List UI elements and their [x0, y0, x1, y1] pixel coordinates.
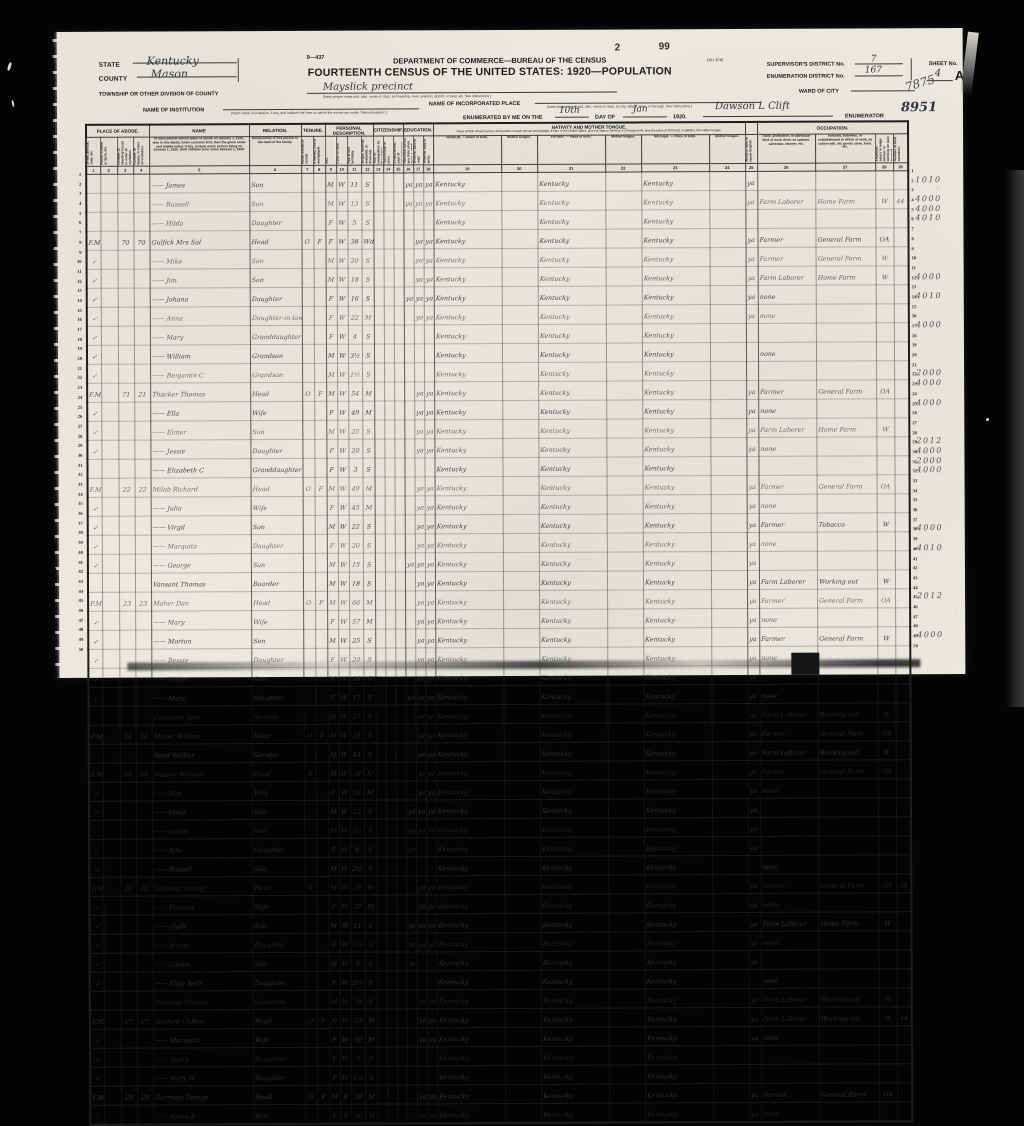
- handwritten-entry: M: [329, 562, 336, 569]
- cell-dn: [119, 630, 135, 649]
- handwritten-entry: ya: [427, 694, 435, 701]
- cell-nm: —— James: [149, 174, 249, 193]
- cell-hn: [102, 478, 119, 497]
- handwritten-entry: ya: [425, 257, 433, 264]
- cell-ind: [817, 551, 877, 570]
- cell-ag: 3: [348, 458, 362, 477]
- cell-yn: [394, 344, 404, 363]
- handwritten-entry: ya: [426, 447, 434, 454]
- line-number-right: 452012: [911, 593, 959, 603]
- cell-wr: [424, 325, 434, 344]
- handwritten-entry: ya: [426, 542, 434, 549]
- cell-fb: Kentucky: [539, 457, 607, 476]
- line-number-left: 34: [72, 491, 85, 501]
- cell-na: [384, 306, 394, 325]
- handwritten-entry: ya: [416, 618, 424, 625]
- cell-sx: F: [326, 325, 337, 344]
- cell-en: ya: [746, 304, 758, 323]
- cell-cl: W: [338, 610, 349, 629]
- handwritten-entry: W: [881, 255, 888, 262]
- cell-nm: Maher Dan: [151, 592, 251, 611]
- handwritten-entry: F: [318, 486, 323, 493]
- cell-em: [875, 171, 893, 190]
- cell-fn: [135, 554, 151, 573]
- handwritten-entry: none: [760, 446, 776, 453]
- handwritten-entry: ✓: [92, 563, 98, 570]
- cell-mb: Kentucky: [642, 362, 710, 381]
- cell-hn: [102, 573, 119, 592]
- cell-ft: [607, 552, 643, 571]
- cell-na: [385, 515, 395, 534]
- cell-ms: S: [362, 344, 374, 363]
- cell-mg: [314, 287, 326, 306]
- handwritten-entry: W: [339, 391, 346, 398]
- cell-mt: [710, 228, 746, 247]
- cell-ind: [816, 304, 876, 323]
- handwritten-entry: Kentucky: [436, 504, 466, 511]
- cell-pt: [502, 229, 538, 248]
- line-number-right: 324000: [911, 467, 959, 477]
- cell-mt: [710, 285, 746, 304]
- cell-rd: ya: [414, 306, 424, 325]
- cell-fn: [134, 459, 150, 478]
- cell-na: [385, 534, 395, 553]
- cell-fb: Kentucky: [537, 191, 605, 210]
- handwritten-entry: ya: [415, 276, 423, 283]
- cell-pt: [502, 438, 538, 457]
- cell-mb: Kentucky: [643, 628, 711, 647]
- handwritten-entry: F: [319, 600, 324, 607]
- cell-en: ya: [745, 190, 757, 209]
- line-number-right: 26: [910, 409, 958, 419]
- cell-sx: M: [326, 363, 337, 382]
- occupation-code: 4010: [917, 543, 943, 552]
- cell-rd: ya: [415, 686, 425, 705]
- cell-fn: [135, 516, 151, 535]
- handwritten-entry: Kentucky: [539, 257, 569, 264]
- cell-ag: 1½: [348, 363, 362, 382]
- cell-rel: Daughter: [250, 439, 302, 458]
- line-number-left: 18: [71, 336, 84, 346]
- handwritten-entry: Kentucky: [539, 238, 569, 245]
- cell-mb: Kentucky: [643, 514, 711, 533]
- handwritten-entry: 23: [123, 601, 131, 608]
- handwritten-entry: Son: [251, 201, 264, 208]
- line-number-right: 36: [911, 506, 959, 516]
- cell-oc: [759, 551, 817, 570]
- cell-nm: —— Mary: [151, 611, 251, 630]
- occupation-code: 4000: [916, 320, 942, 329]
- cell-ms: S: [362, 363, 374, 382]
- line-number-left: 43: [72, 578, 85, 588]
- handwritten-entry: —— Johana: [151, 296, 188, 303]
- handwritten-entry: Kentucky: [435, 257, 465, 264]
- institution-note: [Insert name of institution, if any, and…: [231, 111, 387, 116]
- cell-mt: [709, 171, 745, 190]
- handwritten-entry: ya: [749, 503, 757, 510]
- column-number: 13: [373, 165, 383, 173]
- cell-ft: [605, 172, 641, 191]
- cell-yi: [374, 268, 384, 287]
- line-number-right: 64010: [909, 215, 957, 225]
- column-number: 27: [815, 163, 875, 171]
- handwritten-entry: Kentucky: [643, 370, 673, 377]
- handwritten-entry: S: [365, 201, 370, 208]
- cell-cl: W: [337, 268, 348, 287]
- cell-yn: [394, 363, 404, 382]
- line-number-right: 8: [909, 235, 957, 245]
- handwritten-entry: ya: [748, 313, 756, 320]
- handwritten-entry: —— Julia: [152, 505, 181, 512]
- cell-mt: [710, 247, 746, 266]
- cell-mg: [315, 629, 327, 648]
- cell-wr: [424, 363, 434, 382]
- handwritten-entry: F: [329, 334, 334, 341]
- cell-en: ya: [748, 703, 760, 707]
- cell-pb: Kentucky: [434, 363, 502, 382]
- line-number-left: 17: [71, 326, 84, 336]
- handwritten-entry: Kentucky: [643, 294, 673, 301]
- line-number-left: 23: [71, 384, 84, 394]
- cell-as: [404, 420, 414, 439]
- handwritten-entry: ya: [748, 256, 756, 263]
- cell-cl: W: [337, 306, 348, 325]
- handwritten-entry: Maher Dan: [152, 600, 188, 607]
- cell-yn: [395, 667, 405, 686]
- handwritten-entry: 38: [350, 239, 358, 246]
- handwritten-entry: 20: [351, 448, 359, 455]
- cell-na: [385, 553, 395, 572]
- handwritten-entry: Kentucky: [435, 200, 465, 207]
- cell-cl: W: [338, 477, 349, 496]
- handwritten-entry: W: [339, 334, 346, 341]
- left-line-numbers: 1234567891011121314151617181920212223242…: [70, 171, 85, 655]
- cell-ho: [302, 363, 314, 382]
- cell-ag: 13: [347, 192, 361, 211]
- cell-st: ✓: [87, 345, 101, 364]
- cell-ind: [817, 532, 877, 551]
- cell-en: [746, 342, 758, 361]
- line-number-left: 39: [72, 539, 85, 549]
- handwritten-entry: Kentucky: [643, 256, 673, 263]
- line-number-right: 384000: [911, 525, 959, 535]
- handwritten-entry: Daughter: [252, 543, 283, 550]
- cell-fb: Kentucky: [539, 514, 607, 533]
- cell-fn: [134, 440, 150, 459]
- cell-st: ✓: [87, 440, 101, 459]
- cell-dn: [119, 687, 135, 706]
- cell-fs: [896, 703, 911, 707]
- handwritten-entry: W: [339, 410, 346, 417]
- cell-rd: ya: [414, 268, 424, 287]
- cell-yn: [394, 401, 404, 420]
- handwritten-entry: 70: [121, 240, 129, 247]
- cell-ho: [303, 667, 315, 686]
- line-number-left: 41: [72, 558, 85, 568]
- cell-sx: M: [327, 591, 338, 610]
- cell-pt: [502, 343, 538, 362]
- cell-rd: ya: [415, 572, 425, 591]
- cell-cl: W: [337, 382, 348, 401]
- handwritten-entry: M: [365, 391, 372, 398]
- cell-sx: F: [326, 401, 337, 420]
- handwritten-entry: ya: [415, 314, 423, 321]
- cell-mb: Kentucky: [643, 571, 711, 590]
- line-number-left: 36: [72, 510, 85, 520]
- incorporated-place-label: NAME OF INCORPORATED PLACE: [429, 101, 520, 107]
- handwritten-entry: ya: [405, 200, 413, 207]
- cell-as: [405, 572, 415, 591]
- cell-dn: [118, 421, 134, 440]
- cell-oc: none: [758, 285, 816, 304]
- cell-as: [405, 515, 415, 534]
- cell-st: ✓: [88, 535, 102, 554]
- cell-na: [384, 230, 394, 249]
- column-group: CITIZENSHIP.: [373, 123, 403, 136]
- handwritten-entry: Son: [252, 524, 265, 531]
- cell-fb: Kentucky: [538, 267, 606, 286]
- cell-hn: [102, 592, 119, 611]
- handwritten-entry: F.M.: [89, 487, 101, 494]
- handwritten-entry: OA: [881, 483, 891, 490]
- cell-yn: [395, 610, 405, 629]
- handwritten-entry: ya: [416, 409, 424, 416]
- cell-fs: [894, 228, 909, 247]
- cell-en: [746, 361, 758, 380]
- cell-fn: [133, 193, 149, 212]
- column-label: Age at last birthday.: [347, 136, 361, 165]
- line-number-left: 27: [71, 423, 84, 433]
- handwritten-entry: Kentucky: [435, 181, 465, 188]
- handwritten-entry: M: [327, 182, 334, 189]
- handwritten-entry: 1½: [350, 372, 361, 379]
- handwritten-entry: W: [340, 581, 347, 588]
- cell-fn: [135, 611, 151, 630]
- handwritten-entry: ya: [416, 428, 424, 435]
- handwritten-entry: —— Morton: [153, 638, 192, 645]
- cell-mg: [314, 420, 326, 439]
- line-number-right: 9: [910, 245, 958, 255]
- handwritten-entry: —— James: [151, 182, 185, 189]
- cell-en: [747, 456, 759, 475]
- handwritten-entry: F: [331, 695, 336, 702]
- cell-st: ✓: [88, 611, 102, 630]
- cell-mb: Kentucky: [643, 457, 711, 476]
- cell-em: OA: [876, 380, 894, 399]
- handwritten-entry: F: [329, 296, 334, 303]
- handwritten-entry: ✓: [91, 354, 97, 361]
- handwritten-entry: Kentucky: [541, 637, 571, 644]
- cell-nm: —— Jim: [150, 269, 250, 288]
- cell-pt: [501, 210, 537, 229]
- handwritten-entry: 49: [351, 486, 359, 493]
- cell-sx: M: [326, 382, 337, 401]
- cell-as: [404, 439, 414, 458]
- handwritten-entry: Kentucky: [436, 409, 466, 416]
- cell-nm: —— George: [151, 554, 251, 573]
- cell-pb: Kentucky: [435, 667, 503, 686]
- cell-en: ya: [748, 684, 760, 703]
- cell-fn: 22: [135, 478, 151, 497]
- handwritten-entry: Kentucky: [645, 674, 675, 681]
- handwritten-entry: Kentucky: [539, 390, 569, 397]
- cell-oc: Farm Laborer: [757, 190, 815, 209]
- cell-rd: [415, 458, 425, 477]
- handwritten-entry: Kentucky: [435, 295, 465, 302]
- cell-ind: Working out: [818, 703, 878, 707]
- handwritten-entry: ya: [425, 181, 433, 188]
- cell-dn: [118, 402, 134, 421]
- handwritten-entry: S: [365, 296, 370, 303]
- handwritten-entry: Kentucky: [436, 580, 466, 587]
- handwritten-entry: —— Ella: [152, 410, 179, 417]
- cell-ind: General Farm: [816, 247, 876, 266]
- cell-ft: [606, 419, 642, 438]
- handwritten-entry: ya: [407, 694, 415, 701]
- handwritten-entry: Kentucky: [435, 371, 465, 378]
- handwritten-entry: Kentucky: [436, 599, 466, 606]
- handwritten-entry: ✓: [92, 449, 98, 456]
- line-number-left: 31: [71, 461, 84, 471]
- cell-fn: [135, 687, 151, 706]
- cell-yn: [393, 211, 403, 230]
- cell-ind: General Farm: [816, 228, 876, 247]
- handwritten-entry: M: [366, 619, 373, 626]
- cell-na: [384, 382, 394, 401]
- cell-en: ya: [747, 475, 759, 494]
- cell-pt: [503, 609, 539, 628]
- handwritten-entry: S: [366, 334, 371, 341]
- column-number: 1: [86, 166, 100, 174]
- cell-pt: [503, 457, 539, 476]
- cell-cl: W: [338, 667, 349, 686]
- cell-mg: [314, 306, 326, 325]
- cell-ms: S: [362, 420, 374, 439]
- cell-mg: [315, 534, 327, 553]
- handwritten-entry: ya: [427, 675, 435, 682]
- cell-mt: [710, 361, 746, 380]
- census-sheet: 9—437 2 99 DEPARTMENT OF COMMERCE—BUREAU…: [55, 28, 966, 678]
- cell-fs: [894, 380, 909, 399]
- handwritten-entry: none: [759, 313, 775, 320]
- handwritten-entry: Kentucky: [435, 352, 465, 359]
- cell-na: [385, 591, 395, 610]
- cell-fb: Kentucky: [538, 229, 606, 248]
- cell-wr: ya: [425, 610, 435, 629]
- cell-yi: [375, 515, 385, 534]
- cell-ag: 38: [347, 230, 361, 249]
- cell-mb: Kentucky: [642, 438, 710, 457]
- cell-fb: Kentucky: [538, 381, 606, 400]
- cell-as: [405, 610, 415, 629]
- handwritten-entry: Kentucky: [539, 314, 569, 321]
- cell-as: ya: [403, 192, 413, 211]
- handwritten-entry: Granddaughter: [251, 334, 301, 341]
- cell-em: OA: [876, 228, 894, 247]
- line-number-right: 254000: [910, 400, 958, 410]
- column-group: TENURE.: [301, 124, 325, 137]
- cell-dn: [119, 554, 135, 573]
- handwritten-entry: Kentucky: [645, 693, 675, 700]
- cell-wr: ya: [425, 496, 435, 515]
- line-number-right: 42: [911, 564, 959, 574]
- cell-pb: Kentucky: [433, 192, 501, 211]
- cell-as: [405, 667, 415, 686]
- state-label: STATE: [99, 62, 120, 69]
- handwritten-entry: ya: [426, 561, 434, 568]
- cell-ft: [606, 400, 642, 419]
- cell-nm: —— Morton: [151, 630, 251, 649]
- cell-rel: Daughter: [249, 211, 301, 230]
- cell-fb: Kentucky: [539, 495, 607, 514]
- cell-rel: Grandson: [250, 344, 302, 363]
- line-number-right: 10: [910, 254, 958, 264]
- cell-ms: S: [362, 439, 374, 458]
- enumerator-number: 8951: [901, 100, 937, 115]
- handwritten-entry: OA: [880, 388, 890, 395]
- cell-as: [404, 249, 414, 268]
- sheet-value: 4: [935, 68, 941, 79]
- cell-ag: 5: [347, 211, 361, 230]
- cell-rel: Daughter-in-law: [250, 306, 302, 325]
- cell-nm: —— Julia: [151, 497, 251, 516]
- cell-yn: [395, 496, 405, 515]
- occupation-code: 4000: [915, 204, 941, 213]
- cell-oc: Farm Laborer: [758, 266, 816, 285]
- cell-dn: [119, 516, 135, 535]
- line-number-left: 30: [71, 452, 84, 462]
- cell-fs: [894, 266, 909, 285]
- handwritten-entry: Kentucky: [435, 333, 465, 340]
- cell-fn: [134, 345, 150, 364]
- cell-as: [404, 325, 414, 344]
- handwritten-entry: Kentucky: [539, 352, 569, 359]
- cell-em: OA: [877, 589, 895, 608]
- stamp-left: 2: [615, 43, 621, 54]
- column-label: PERSON. — Place of birth.: [433, 136, 501, 165]
- cell-pt: [503, 666, 539, 685]
- line-number-right: 27: [910, 419, 958, 429]
- line-number-right: 404010: [911, 545, 959, 555]
- cell-em: W: [876, 247, 894, 266]
- handwritten-entry: Milab Richard: [152, 486, 198, 493]
- handwritten-entry: W: [340, 505, 347, 512]
- cell-cl: W: [338, 572, 349, 591]
- handwritten-entry: Kentucky: [540, 580, 570, 587]
- cell-oc: Farmer: [759, 475, 817, 494]
- handwritten-entry: F: [329, 220, 334, 227]
- cell-wr: ya: [424, 268, 434, 287]
- column-label: Number of dwelling house in order of vis…: [117, 137, 133, 166]
- cell-yi: [375, 629, 385, 648]
- cell-st: ✓: [88, 497, 102, 516]
- column-label: Relationship of this person to the head …: [249, 136, 301, 165]
- handwritten-entry: Granddaughter: [252, 467, 302, 474]
- handwritten-entry: F: [329, 239, 334, 246]
- handwritten-entry: none: [761, 617, 777, 624]
- handwritten-entry: ✓: [92, 506, 98, 513]
- cell-ind: [817, 665, 877, 684]
- column-group: PLACE OF ABODE.: [86, 125, 149, 138]
- handwritten-entry: ya: [417, 637, 425, 644]
- cell-ms: S: [362, 325, 374, 344]
- handwritten-entry: ya: [425, 238, 433, 245]
- cell-as: [405, 629, 415, 648]
- cell-st: ✓: [88, 630, 102, 649]
- cell-yn: [394, 230, 404, 249]
- cell-mb: Kentucky: [642, 343, 710, 362]
- cell-oc: Farmer: [758, 380, 816, 399]
